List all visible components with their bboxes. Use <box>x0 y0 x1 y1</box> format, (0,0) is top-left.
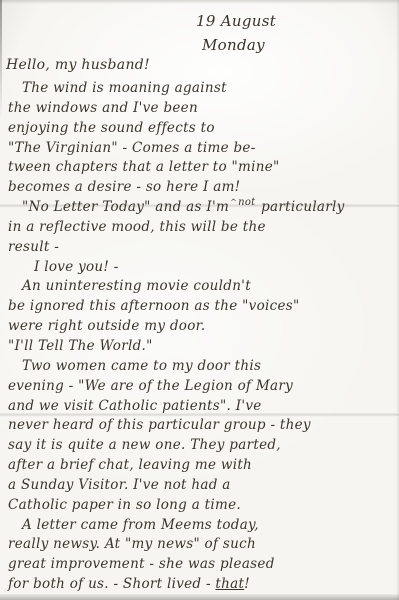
line-text: and we visit Catholic patients". I've <box>8 398 262 414</box>
line-text: I love you! - <box>34 259 119 275</box>
line-text: result - <box>8 239 59 255</box>
letter-line: were right outside my door. <box>8 317 399 337</box>
line-text: in a reflective mood, this will be the <box>8 219 266 235</box>
line-text: Catholic paper in so long a time. <box>8 497 241 513</box>
letter-line: enjoying the sound effects to <box>8 119 399 139</box>
line-text: tween chapters that a letter to "mine" <box>8 159 280 175</box>
line-text: enjoying the sound effects to <box>8 120 215 136</box>
letter-line: becomes a desire - so here I am! <box>8 178 399 198</box>
letter-page: 19 August Monday Hello, my husband! The … <box>0 0 399 600</box>
line-text: "No Letter Today" and as I'm <box>22 199 229 215</box>
line-text: The wind is moaning against <box>22 80 227 96</box>
letter-line: after a brief chat, leaving me with <box>8 456 399 476</box>
line-text: "The Virginian" - Comes a time be- <box>8 140 256 156</box>
line-text: be ignored this afternoon as the "voices… <box>8 298 300 314</box>
paper-bottom-edge-shadow <box>0 594 399 600</box>
line-text: were right outside my door. <box>8 318 206 334</box>
line-text: becomes a desire - so here I am! <box>8 179 240 195</box>
letter-line: Two women came to my door this <box>22 357 399 377</box>
letter-line: The wind is moaning against <box>22 79 399 99</box>
underlined-word: that <box>215 576 244 592</box>
line-text: really newsy. At "my news" of such <box>8 536 256 552</box>
line-text: ! <box>244 576 250 592</box>
letter-line: for both of us. - Short lived - that! <box>8 575 399 595</box>
letter-line: be ignored this afternoon as the "voices… <box>8 297 399 317</box>
line-text: An uninteresting movie couldn't <box>22 278 251 294</box>
paper-top-edge-shadow <box>0 0 399 4</box>
letter-line: Catholic paper in so long a time. <box>8 496 399 516</box>
letter-line: in a reflective mood, this will be the <box>8 218 399 238</box>
letter-line: A letter came from Meems today, <box>22 516 399 536</box>
letter-line: "I'll Tell The World." <box>8 337 399 357</box>
line-text: particularly <box>256 199 344 215</box>
letter-line: "The Virginian" - Comes a time be- <box>8 139 399 159</box>
line-text: great improvement - she was pleased <box>8 556 275 572</box>
letter-line: never heard of this particular group - t… <box>8 416 399 436</box>
line-text: the windows and I've been <box>8 100 198 116</box>
line-text: Two women came to my door this <box>22 358 261 374</box>
date-line: 19 August <box>196 12 276 30</box>
line-text: for both of us. - Short lived - <box>8 576 215 592</box>
letter-line: tween chapters that a letter to "mine" <box>8 158 399 178</box>
line-text: never heard of this particular group - t… <box>8 417 311 433</box>
letter-line: and we visit Catholic patients". I've <box>8 397 399 417</box>
line-text: evening - "We are of the Legion of Mary <box>8 378 293 394</box>
line-text: A letter came from Meems today, <box>22 517 259 533</box>
line-text: "I'll Tell The World." <box>8 338 153 354</box>
letter-line: An uninteresting movie couldn't <box>22 277 399 297</box>
letter-line: great improvement - she was pleased <box>8 555 399 575</box>
letter-line: I love you! - <box>34 258 399 278</box>
letter-line: say it is quite a new one. They parted, <box>8 436 399 456</box>
day-line: Monday <box>202 36 265 54</box>
line-text: a Sunday Visitor. I've not had a <box>8 477 231 493</box>
letter-line: really newsy. At "my news" of such <box>8 535 399 555</box>
letter-line: "No Letter Today" and as I'mnot particul… <box>22 198 399 218</box>
letter-line: the windows and I've been <box>8 99 399 119</box>
letter-line: evening - "We are of the Legion of Mary <box>8 377 399 397</box>
line-text: after a brief chat, leaving me with <box>8 457 252 473</box>
salutation-line: Hello, my husband! <box>6 57 150 73</box>
letter-body: The wind is moaning againstthe windows a… <box>0 79 399 595</box>
letter-line: result - <box>8 238 399 258</box>
line-text: say it is quite a new one. They parted, <box>8 437 281 453</box>
letter-line: a Sunday Visitor. I've not had a <box>8 476 399 496</box>
inserted-word: not <box>230 193 255 213</box>
